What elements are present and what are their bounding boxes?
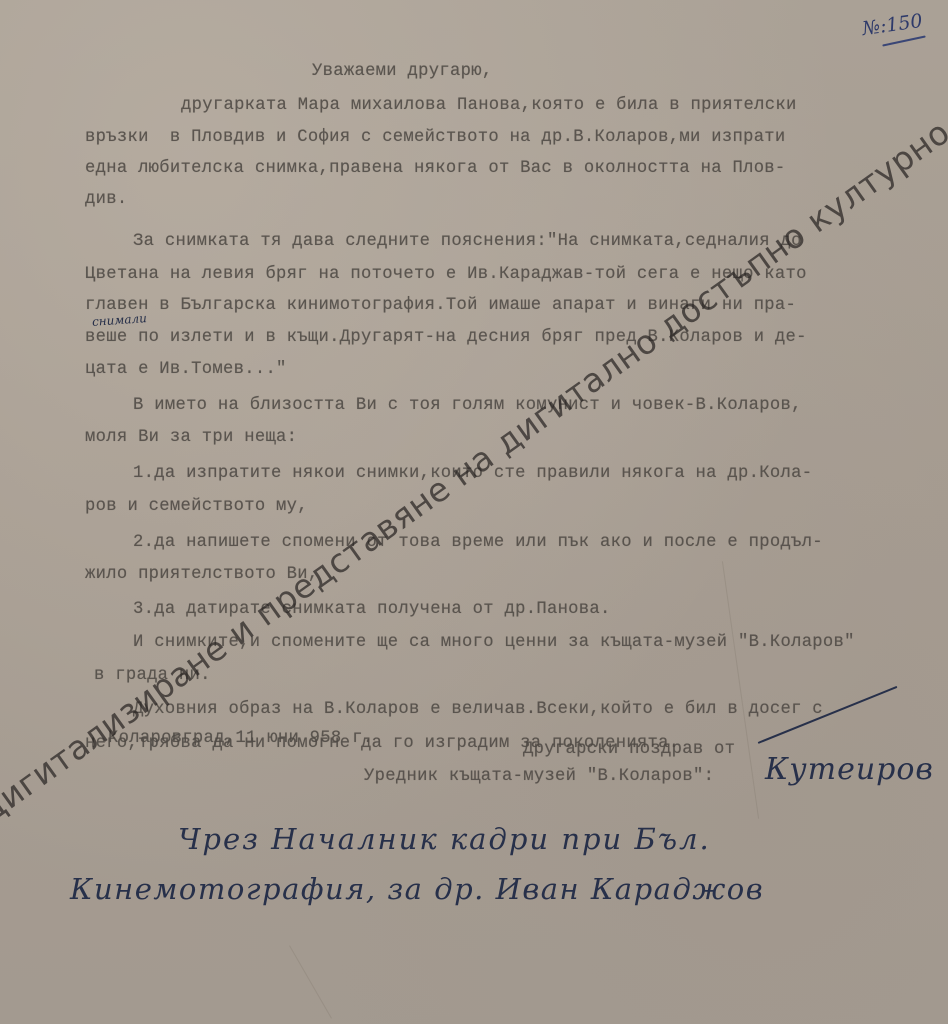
handwritten-note-line-2: Кинемотография, за др. Иван Караджов <box>70 872 764 906</box>
salutation: Уважаеми другарю, <box>312 62 492 81</box>
letter-line: Духовния образ на В.Коларов е величав.Вс… <box>133 700 823 719</box>
letter-line: веше по излети и в къщи.Другарят-на десн… <box>85 328 807 347</box>
letter-line: 3.да датирате снимката получена от др.Па… <box>133 600 611 619</box>
letter-line: див. <box>85 190 127 209</box>
letter-line: В името на близостта Ви с тоя голям кому… <box>133 396 802 415</box>
letter-line: връзки в Пловдив и София с семейството н… <box>85 128 786 147</box>
letter-line: За снимката тя дава следните пояснения:"… <box>133 232 802 251</box>
document-number-underline <box>882 35 925 46</box>
document-page: №:150 Уважаеми другарю, другарката Мара … <box>0 0 948 1024</box>
paper-crease <box>722 561 759 819</box>
letter-line: ров и семейството му, <box>85 497 308 516</box>
handwritten-note-line-1: Чрез Началник кадри при Бъл. <box>178 822 711 856</box>
letter-line: 2.да напишете спомени от това време или … <box>133 533 823 552</box>
letter-line: моля Ви за три неща: <box>85 428 297 447</box>
closing-greeting: Другарски поздрав от <box>523 740 735 759</box>
sender-title: Уредник къщата-музей "В.Коларов": <box>364 767 714 786</box>
place-date: Коларовград,11 юни 958 г. <box>108 729 373 748</box>
document-number: №:150 <box>861 10 924 40</box>
paper-crease <box>289 945 332 1018</box>
letter-line: цата е Ив.Томев..." <box>85 360 287 379</box>
handwritten-correction: снимали <box>92 311 148 329</box>
letter-line: една любителска снимка,правена някога от… <box>85 159 786 178</box>
letter-line: другарката Мара михаилова Панова,която е… <box>181 96 797 115</box>
signature: Кутеиров <box>765 752 934 787</box>
